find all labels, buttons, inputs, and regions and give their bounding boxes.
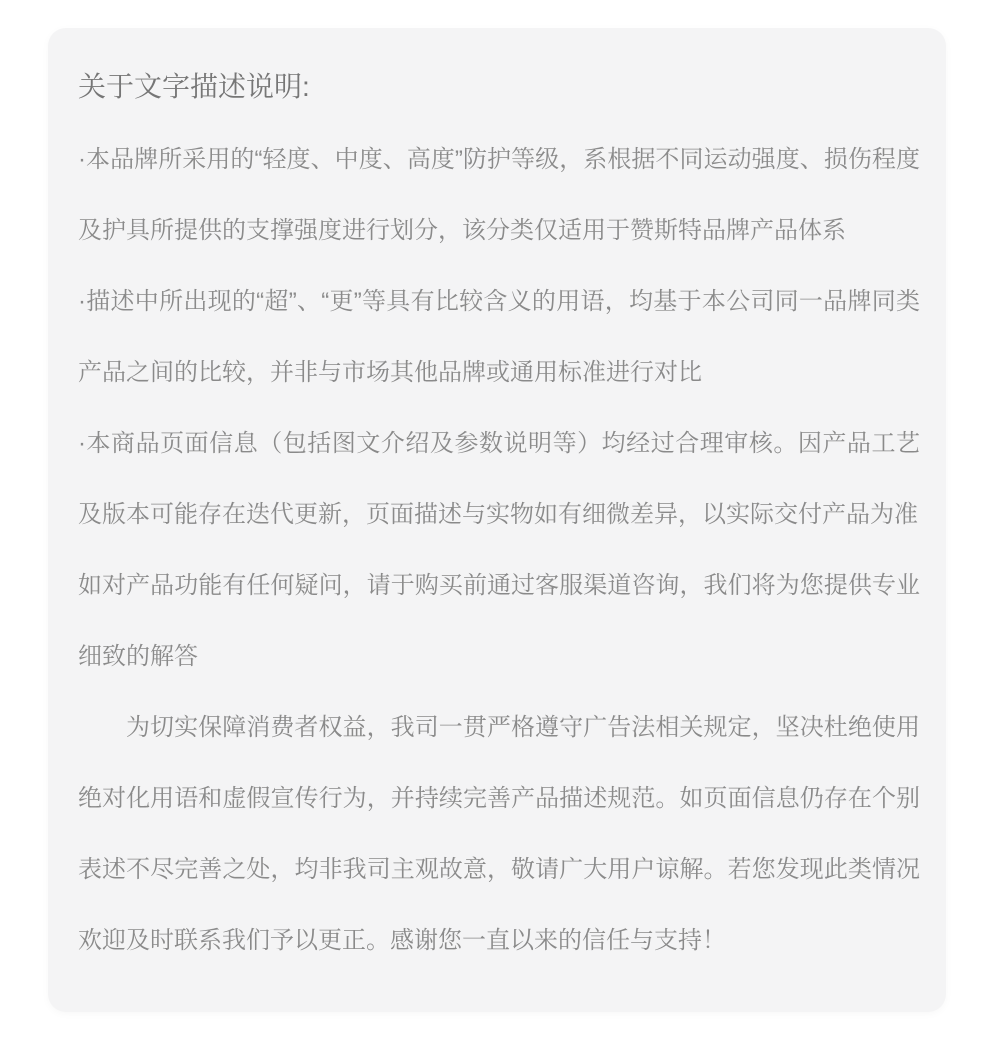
- bullet-paragraph-protection-levels: ·本品牌所采用的“轻度、中度、高度”防护等级，系根据不同运动强度、损伤程度及护具…: [78, 124, 920, 266]
- paragraph-consumer-rights-statement: 为切实保障消费者权益，我司一贯严格遵守广告法相关规定，坚决杜绝使用绝对化用语和虚…: [78, 692, 920, 976]
- paragraph-contact-customer-service: 如对产品功能有任何疑问，请于购买前通过客服渠道咨询，我们将为您提供专业细致的解答: [78, 550, 920, 692]
- text-description-card: 关于文字描述说明: ·本品牌所采用的“轻度、中度、高度”防护等级，系根据不同运动…: [48, 28, 946, 1012]
- card-title: 关于文字描述说明:: [78, 66, 920, 108]
- bullet-paragraph-page-info-review: ·本商品页面信息（包括图文介绍及参数说明等）均经过合理审核。因产品工艺及版本可能…: [78, 408, 920, 550]
- bullet-paragraph-comparative-terms: ·描述中所出现的“超”、“更”等具有比较含义的用语，均基于本公司同一品牌同类产品…: [78, 266, 920, 408]
